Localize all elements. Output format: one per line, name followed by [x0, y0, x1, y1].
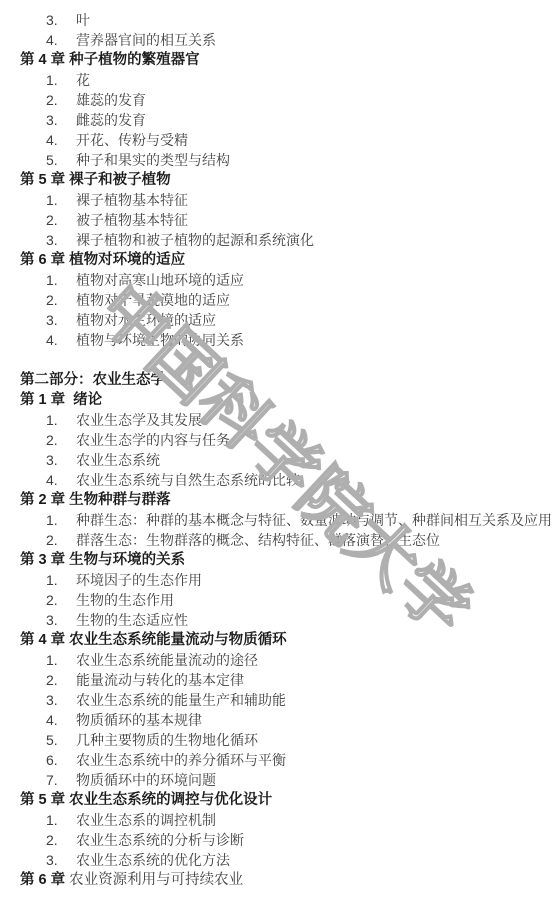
outline-item: 2.雄蕊的发育 — [0, 90, 552, 110]
item-text: 雄蕊的发育 — [76, 92, 146, 108]
item-text: 裸子植物和被子植物的起源和系统演化 — [76, 232, 314, 248]
item-text: 农业生态系统 — [76, 452, 160, 468]
item-number: 1. — [46, 70, 76, 90]
outline-item: 3.农业生态系统的优化方法 — [0, 850, 552, 870]
item-text: 植物对干旱荒漠地的适应 — [76, 292, 230, 308]
item-text: 农业生态系的调控机制 — [76, 812, 216, 828]
item-number: 2. — [46, 430, 76, 450]
item-number: 6. — [46, 750, 76, 770]
item-number: 3. — [46, 230, 76, 250]
item-number: 3. — [46, 610, 76, 630]
item-number: 1. — [46, 650, 76, 670]
outline-item: 4.植物与环境生物的协同关系 — [0, 330, 552, 350]
item-text: 物质循环中的环境问题 — [76, 772, 216, 788]
item-number: 1. — [46, 810, 76, 830]
item-number: 4. — [46, 470, 76, 490]
item-text: 植物与环境生物的协同关系 — [76, 332, 244, 348]
outline-item: 1.农业生态学及其发展 — [0, 410, 552, 430]
outline-item: 1.植物对高寒山地环境的适应 — [0, 270, 552, 290]
outline-item: 2.被子植物基本特征 — [0, 210, 552, 230]
document-page: 中国科学院大学 3.叶4.营养器官间的相互关系第 4 章 种子植物的繁殖器官1.… — [0, 0, 552, 899]
outline-item: 2.群落生态：生物群落的概念、结构特征、群落演替、生态位 — [0, 530, 552, 550]
item-number: 1. — [46, 510, 76, 530]
item-text: 生物的生态作用 — [76, 592, 174, 608]
outline-item: 2.农业生态系统的分析与诊断 — [0, 830, 552, 850]
item-text: 种子和果实的类型与结构 — [76, 152, 230, 168]
chapter-title: 农业资源利用与可持续农业 — [65, 872, 243, 888]
outline-item: 4.农业生态系统与自然生态系统的比较 — [0, 470, 552, 490]
item-text: 植物对高寒山地环境的适应 — [76, 272, 244, 288]
item-text: 叶 — [76, 12, 90, 28]
outline-item: 1.农业生态系统能量流动的途径 — [0, 650, 552, 670]
item-number: 4. — [46, 710, 76, 730]
item-number: 3. — [46, 850, 76, 870]
item-number: 2. — [46, 830, 76, 850]
item-text: 农业生态学的内容与任务 — [76, 432, 230, 448]
item-number: 1. — [46, 570, 76, 590]
chapter-number: 第 6 章 — [20, 872, 65, 888]
outline-item: 2.植物对干旱荒漠地的适应 — [0, 290, 552, 310]
outline-item: 4.营养器官间的相互关系 — [0, 30, 552, 50]
outline-item: 1.裸子植物基本特征 — [0, 190, 552, 210]
item-number: 5. — [46, 730, 76, 750]
blank-line — [0, 350, 552, 370]
item-number: 5. — [46, 150, 76, 170]
item-text: 群落生态：生物群落的概念、结构特征、群落演替、生态位 — [76, 532, 440, 548]
item-number: 3. — [46, 450, 76, 470]
item-number: 1. — [46, 270, 76, 290]
item-text: 开花、传粉与受精 — [76, 132, 188, 148]
outline-item: 1.种群生态：种群的基本概念与特征、数量波动与调节、种群间相互关系及应用 — [0, 510, 552, 530]
item-number: 2. — [46, 530, 76, 550]
item-text: 农业生态系统的能量生产和辅助能 — [76, 692, 286, 708]
item-text: 农业生态系统的分析与诊断 — [76, 832, 244, 848]
item-text: 农业生态系统中的养分循环与平衡 — [76, 752, 286, 768]
outline-item: 3.农业生态系统的能量生产和辅助能 — [0, 690, 552, 710]
outline-item: 3.裸子植物和被子植物的起源和系统演化 — [0, 230, 552, 250]
item-number: 3. — [46, 10, 76, 30]
part-heading: 第二部分：农业生态学 — [0, 370, 552, 390]
item-text: 裸子植物基本特征 — [76, 192, 188, 208]
item-number: 2. — [46, 590, 76, 610]
item-number: 4. — [46, 330, 76, 350]
item-text: 雌蕊的发育 — [76, 112, 146, 128]
outline-item: 5.种子和果实的类型与结构 — [0, 150, 552, 170]
item-text: 能量流动与转化的基本定律 — [76, 672, 244, 688]
item-text: 环境因子的生态作用 — [76, 572, 202, 588]
item-number: 7. — [46, 770, 76, 790]
outline-item: 6.农业生态系统中的养分循环与平衡 — [0, 750, 552, 770]
chapter-heading: 第 6 章 农业资源利用与可持续农业 — [0, 870, 552, 890]
outline-item: 2.农业生态学的内容与任务 — [0, 430, 552, 450]
chapter-heading: 第 2 章 生物种群与群落 — [0, 490, 552, 510]
item-number: 3. — [46, 310, 76, 330]
outline-item: 4.开花、传粉与受精 — [0, 130, 552, 150]
item-text: 农业生态系统的优化方法 — [76, 852, 230, 868]
item-text: 花 — [76, 72, 90, 88]
outline-item: 1.环境因子的生态作用 — [0, 570, 552, 590]
course-outline: 3.叶4.营养器官间的相互关系第 4 章 种子植物的繁殖器官1.花2.雄蕊的发育… — [0, 10, 552, 890]
outline-item: 2.生物的生态作用 — [0, 590, 552, 610]
chapter-heading: 第 5 章 农业生态系统的调控与优化设计 — [0, 790, 552, 810]
item-number: 2. — [46, 290, 76, 310]
item-text: 被子植物基本特征 — [76, 212, 188, 228]
outline-item: 7.物质循环中的环境问题 — [0, 770, 552, 790]
item-number: 3. — [46, 110, 76, 130]
outline-item: 3.雌蕊的发育 — [0, 110, 552, 130]
item-number: 3. — [46, 690, 76, 710]
chapter-heading: 第 6 章 植物对环境的适应 — [0, 250, 552, 270]
outline-item: 5.几种主要物质的生物地化循环 — [0, 730, 552, 750]
outline-item: 3.生物的生态适应性 — [0, 610, 552, 630]
outline-item: 1.农业生态系的调控机制 — [0, 810, 552, 830]
item-number: 1. — [46, 190, 76, 210]
item-number: 4. — [46, 130, 76, 150]
item-text: 营养器官间的相互关系 — [76, 32, 216, 48]
chapter-heading: 第 3 章 生物与环境的关系 — [0, 550, 552, 570]
item-text: 物质循环的基本规律 — [76, 712, 202, 728]
item-text: 农业生态系统与自然生态系统的比较 — [76, 472, 300, 488]
item-text: 农业生态学及其发展 — [76, 412, 202, 428]
outline-item: 3.植物对水生环境的适应 — [0, 310, 552, 330]
outline-item: 3.叶 — [0, 10, 552, 30]
outline-item: 4.物质循环的基本规律 — [0, 710, 552, 730]
outline-item: 3.农业生态系统 — [0, 450, 552, 470]
item-number: 2. — [46, 210, 76, 230]
item-text: 种群生态：种群的基本概念与特征、数量波动与调节、种群间相互关系及应用 — [76, 512, 552, 528]
item-number: 4. — [46, 30, 76, 50]
item-number: 1. — [46, 410, 76, 430]
outline-item: 2.能量流动与转化的基本定律 — [0, 670, 552, 690]
item-text: 几种主要物质的生物地化循环 — [76, 732, 258, 748]
item-text: 农业生态系统能量流动的途径 — [76, 652, 258, 668]
chapter-heading: 第 5 章 裸子和被子植物 — [0, 170, 552, 190]
chapter-heading: 第 1 章 绪论 — [0, 390, 552, 410]
item-text: 生物的生态适应性 — [76, 612, 188, 628]
item-number: 2. — [46, 670, 76, 690]
item-number: 2. — [46, 90, 76, 110]
chapter-heading: 第 4 章 农业生态系统能量流动与物质循环 — [0, 630, 552, 650]
outline-item: 1.花 — [0, 70, 552, 90]
item-text: 植物对水生环境的适应 — [76, 312, 216, 328]
chapter-heading: 第 4 章 种子植物的繁殖器官 — [0, 50, 552, 70]
